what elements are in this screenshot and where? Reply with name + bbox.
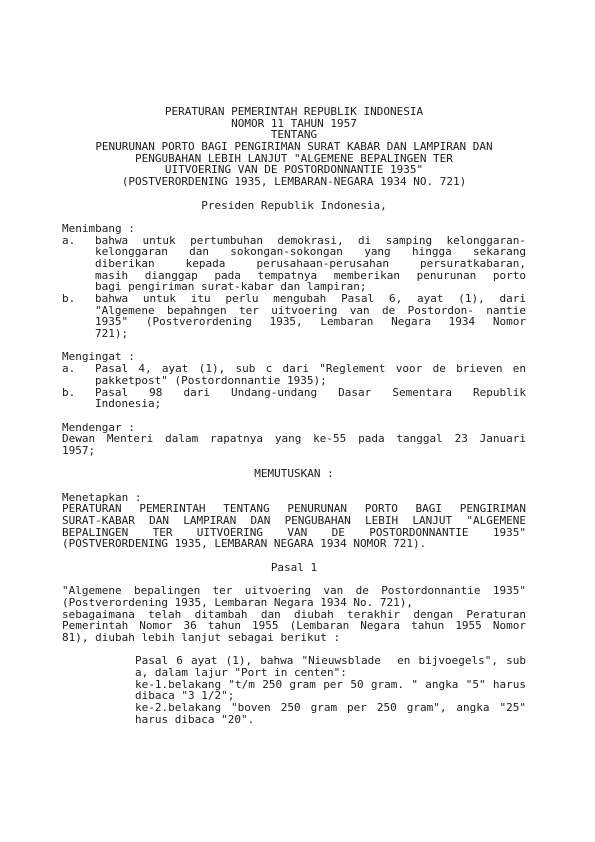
pasal-1-body-line: 81), diubah lebih lanjut sebagai berikut… (62, 632, 526, 644)
menimbang-item-b-line: 1935" (Postverordening 1935, Lembaran Ne… (95, 316, 526, 328)
menimbang-item-a: a.bahwa untuk pertumbuhan demokrasi, di … (62, 235, 526, 293)
presiden-line: Presiden Republik Indonesia, (62, 200, 526, 212)
pasal-6-amendment-line: ke-2.belakang "boven 250 gram per 250 gr… (135, 702, 526, 714)
memutuskan-line: MEMUTUSKAN : (62, 468, 526, 480)
blank-line (62, 410, 526, 422)
mendengar-line: Dewan Menteri dalam rapatnya yang ke-55 … (62, 433, 526, 445)
list-label: a. (62, 235, 75, 247)
pasal-1-heading-line: Pasal 1 (62, 562, 526, 574)
mengingat-item-b-line: Indonesia; (95, 398, 526, 410)
menimbang-item-b: b.bahwa untuk itu perlu mengubah Pasal 6… (62, 293, 526, 340)
menimbang-item-a-line: diberikan kepada perusahaan-perusahan pe… (95, 258, 526, 270)
list-label: a. (62, 363, 75, 375)
mengingat-item-b: b.Pasal 98 dari Undang-undang Dasar Seme… (62, 387, 526, 410)
pasal-6-amendment: Pasal 6 ayat (1), bahwa "Nieuwsblade en … (62, 655, 526, 725)
pasal-6-amendment-line: a, dalam lajur "Port in centen": (135, 667, 526, 679)
menimbang-label-line: Menimbang : (62, 223, 526, 235)
title-line: (POSTVERORDENING 1935, LEMBARAN-NEGARA 1… (62, 176, 526, 188)
menetapkan-line: (POSTVERORDENING 1935, LEMBARAN NEGARA 1… (62, 538, 526, 550)
menimbang-item-b-line: bahwa untuk itu perlu mengubah Pasal 6, … (95, 293, 526, 305)
mengingat-item-a: a.Pasal 4, ayat (1), sub c dari "Regleme… (62, 363, 526, 386)
mendengar-line: 1957; (62, 445, 526, 457)
pasal-6-amendment-line: harus dibaca "20". (135, 714, 526, 726)
blank-line (62, 188, 526, 200)
mengingat-item-a-line: pakketpost" (Postordonnantie 1935); (95, 375, 526, 387)
title-line: PERATURAN PEMERINTAH REPUBLIK INDONESIA (62, 106, 526, 118)
menimbang-item-b-line: 721); (95, 328, 526, 340)
list-label: b. (62, 387, 75, 399)
list-label: b. (62, 293, 75, 305)
menetapkan-line: SURAT-KABAR DAN LAMPIRAN DAN PENGUBAHAN … (62, 515, 526, 527)
document-page-background: { "document": { "blocks": [ { "type": "p… (0, 0, 595, 842)
document-text-column: PERATURAN PEMERINTAH REPUBLIK INDONESIAN… (62, 106, 526, 725)
blank-line (62, 480, 526, 492)
pasal-1-body-line: (Postverordening 1935, Lembaran Negara 1… (62, 597, 526, 609)
title-line: PENURUNAN PORTO BAGI PENGIRIMAN SURAT KA… (62, 141, 526, 153)
